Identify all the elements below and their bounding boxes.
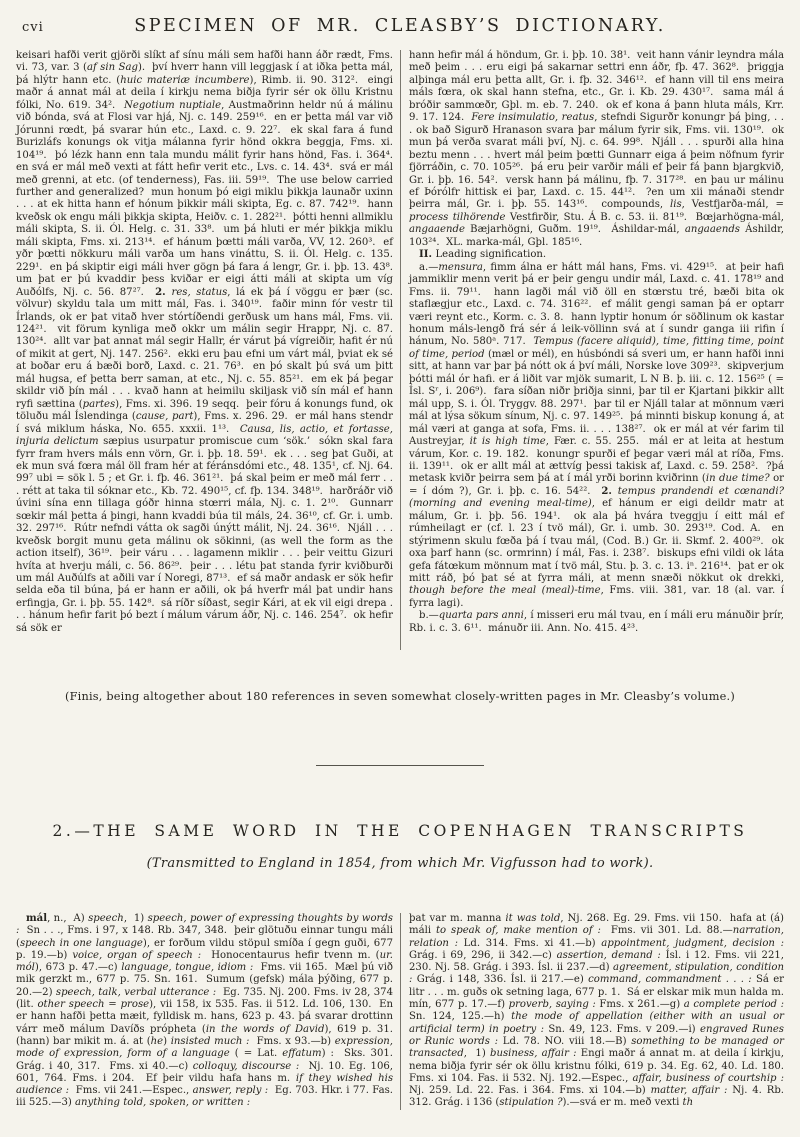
text-run: sæpius usurpatur promiscue cum ‘sök.’ só… (16, 436, 396, 634)
paragraph: þat var m. manna it was told, Nj. 268. E… (409, 913, 784, 1110)
text-run: speech in one language (20, 938, 143, 949)
text-run: angaaends (685, 224, 740, 235)
text-run: angaaende (409, 224, 465, 235)
text-run: th (683, 1097, 694, 1108)
text-run: , fimm álna er hátt mál hans, Fms. vi. 4… (409, 262, 787, 348)
text-run: affair, business of courtship : (632, 1073, 784, 1084)
text-run: it is high time (470, 436, 546, 447)
text-run: , n., A) (47, 913, 88, 924)
text-run: command, commandment . . . : (588, 974, 752, 985)
text-run: Fms. vii 301. Ld. 88.— (601, 925, 733, 936)
text-run: Ld. 78. NO. viii 18.—B) (498, 1036, 631, 1047)
text-run: language, tongue, idiom : (121, 962, 253, 973)
specimen-right-column: hann hefir mál á höndum, Gr. i. þþ. 10. … (400, 50, 784, 650)
text-run: ( = Lat. (230, 1048, 283, 1059)
text-run: in due time? (706, 473, 770, 484)
text-run: Negotium nuptiale (124, 100, 221, 111)
paragraph: mál, n., A) speech, 1) speech, power of … (16, 913, 393, 1110)
text-run: voice, organ of speech : (72, 950, 201, 961)
text-run: ).—svá er m. með vexti (562, 1097, 682, 1108)
text-run: he (151, 1036, 163, 1047)
transcript-text-block: mál, n., A) speech, 1) speech, power of … (16, 913, 784, 1110)
text-run: res, status (172, 287, 228, 298)
text-run: Sn. 49, 123. Fms. v 209.—i) (544, 1024, 700, 1035)
text-run: process tilhörende (409, 212, 506, 223)
text-run: Leading signification. (435, 249, 546, 260)
text-run: partes (83, 399, 116, 410)
text-run: ), 673 p. 47.—c) (35, 962, 121, 973)
text-run: , lá ek þá í vöggu er þær (sc. völvur) s… (16, 287, 396, 410)
text-run: proverb, saying : (509, 999, 596, 1010)
text-run: to speak of, make mention of : (436, 925, 601, 936)
text-run: appointment, judgment, decision : (601, 938, 784, 949)
section2-subheading: (Transmitted to England in 1854, from wh… (16, 856, 784, 871)
book-page: cvi SPECIMEN OF MR. CLEASBY’S DICTIONARY… (0, 0, 800, 1137)
text-run: matter, affair : (651, 1085, 728, 1096)
text-run: b.— (419, 610, 439, 621)
text-run: , ef hánum er eigi deildr matr at málum,… (409, 498, 787, 584)
text-run: though before the meal (meal)-time (409, 585, 601, 596)
text-run: Honocentaurus hefir tvenn m. ( (201, 950, 379, 961)
text-run: other speech = prose (37, 999, 149, 1010)
text-run: quarta pars anni (439, 610, 524, 621)
text-run: þat var m. manna (409, 913, 505, 924)
text-run: 2. (601, 486, 617, 497)
text-run: lis (670, 199, 682, 210)
text-run: Fms. x 261.—g) (596, 999, 684, 1010)
text-run: , Vestfjarða-mál, = (682, 199, 788, 210)
text-run: stipulation ? (499, 1097, 562, 1108)
text-run: II. (419, 249, 435, 260)
section-divider-rule (316, 765, 484, 766)
page-title: SPECIMEN OF MR. CLEASBY’S DICTIONARY. (16, 16, 784, 36)
finis-note: (Finis, being altogether about 180 refer… (16, 690, 784, 703)
text-run: (mæl or mél), en húsbóndi sá sveri um, e… (409, 349, 787, 447)
transcript-right-column: þat var m. manna it was told, Nj. 268. E… (400, 913, 784, 1110)
transcript-left-column: mál, n., A) speech, 1) speech, power of … (16, 913, 400, 1110)
text-run: insisted much : (171, 1036, 250, 1047)
text-run: 2. (155, 287, 171, 298)
text-run: Grág. i 148, 336. Ísl. ii 217.—e) (412, 974, 588, 985)
text-run: mál (26, 913, 47, 924)
text-run: cause, part (136, 411, 194, 422)
text-run: colloquy, discourse : (193, 1061, 299, 1072)
text-run: af sin Sag (87, 62, 138, 73)
text-run: effatum (282, 1048, 321, 1059)
text-run: ) (163, 1036, 171, 1047)
text-run: Vestfirðir, Stu. Á B. c. 53. ii. 81¹⁹. B… (506, 212, 788, 223)
text-run: , stefndi Sigurðr konungr þá þing, . . .… (409, 112, 787, 210)
text-run: a.— (419, 262, 438, 273)
text-run: Fms. vii 241.—Espec., (69, 1085, 193, 1096)
text-run: in the words of David (206, 1024, 325, 1035)
text-run: Ld. 314. Fms. xi 41.—b) (458, 938, 601, 949)
text-run: assertion, demand : (557, 950, 661, 961)
text-run: speech, talk, verbal utterance : (56, 987, 216, 998)
paragraph: II. Leading signification. (409, 249, 784, 261)
text-run: speech (88, 913, 124, 924)
text-run: Bæjarhögni, Guðm. 19¹⁹. Áshildar-mál, (465, 224, 685, 235)
paragraph: hann hefir mál á höndum, Gr. i. þþ. 10. … (409, 50, 784, 249)
text-run: answer, reply : (193, 1085, 269, 1096)
text-run: Fms. x 93.—b) (249, 1036, 334, 1047)
paragraph: keisari hafði verit gjörði slíkt af sínu… (16, 50, 393, 635)
text-run: a complete period : (684, 999, 784, 1010)
paragraph: a.—mensura, fimm álna er hátt mál hans, … (409, 262, 784, 611)
text-run: , 1) (124, 913, 148, 924)
text-run: anything told, spoken, or written : (75, 1097, 250, 1108)
specimen-text-block: keisari hafði verit gjörði slíkt af sínu… (16, 50, 784, 650)
text-run: it was told (505, 913, 560, 924)
specimen-left-column: keisari hafði verit gjörði slíkt af sínu… (16, 50, 400, 650)
section2-heading: 2.—THE SAME WORD IN THE COPENHAGEN TRANS… (16, 822, 784, 840)
paragraph: b.—quarta pars anni, í misseri eru mál t… (409, 610, 784, 635)
text-run: huic materiæ incumbere (120, 75, 249, 86)
text-run: mensura (438, 262, 483, 273)
text-run: business, affair : (490, 1048, 577, 1059)
text-run: Fere insimulatio, reatus (471, 112, 594, 123)
text-run: , Austmaðrinn heldr nú á málinu við bónd… (16, 100, 399, 298)
page-header: cvi SPECIMEN OF MR. CLEASBY’S DICTIONARY… (16, 12, 784, 42)
text-run: , 1) (464, 1048, 490, 1059)
